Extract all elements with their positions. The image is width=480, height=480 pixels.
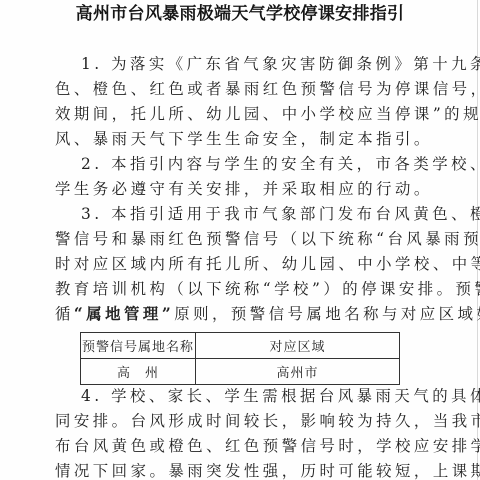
paragraph-line: 2. 本指引内容与学生的安全有关，市各类学校、广大家长、 — [55, 152, 424, 177]
line-prefix: 循 — [55, 305, 74, 323]
table-cell: 高 州 — [81, 359, 196, 385]
paragraph-line: 4. 学校、家长、学生需根据台风暴雨天气的具体情形做出不 — [55, 384, 424, 409]
paragraph-line: 警信号和暴雨红色预警信号（以下统称“台风暴雨预警信号”） — [55, 227, 424, 252]
paragraph-line: 教育培训机构（以下统称“学校”）的停课安排。预警信号发布遵 — [55, 277, 424, 302]
paragraph-line: 布台风黄色或橙色、红色预警信号时，学校应安排学生在安全的 — [55, 434, 424, 459]
paragraph-line: 色、橙色、红色或者暴雨红色预警信号为停课信号，停课信号生 — [55, 77, 424, 102]
paragraph-line: 同安排。台风形成时间较长，影响较为持久，当我市气象部门发 — [55, 409, 424, 434]
line-suffix: 原则，预警信号属地名称与对应区域如下： — [174, 305, 480, 323]
emphasis-principle: “属地管理” — [74, 305, 174, 323]
document-page: 高州市台风暴雨极端天气学校停课安排指引 1. 为落实《广东省气象灾害防御条例》第… — [0, 0, 480, 480]
paragraph-line: 3. 本指引适用于我市气象部门发布台风黄色、橙色、红色预 — [55, 202, 424, 227]
paragraph-1: 1. 为落实《广东省气象灾害防御条例》第十九条：“台风黄 色、橙色、红色或者暴雨… — [55, 52, 424, 152]
warning-region-table: 预警信号属地名称 对应区域 高 州 高州市 — [80, 332, 400, 385]
paragraph-line: 学生务必遵守有关安排，并采取相应的行动。 — [55, 177, 424, 202]
paragraph-line: 效期间，托儿所、幼儿园、中小学校应当停课”的规定，保障台 — [55, 102, 424, 127]
paragraph-2: 2. 本指引内容与学生的安全有关，市各类学校、广大家长、 学生务必遵守有关安排，… — [55, 152, 424, 202]
paragraph-line: 时对应区域内所有托儿所、幼儿园、中小学校、中等职业学校、 — [55, 252, 424, 277]
paragraph-3: 3. 本指引适用于我市气象部门发布台风黄色、橙色、红色预 警信号和暴雨红色预警信… — [55, 202, 424, 327]
paragraph-4: 4. 学校、家长、学生需根据台风暴雨天气的具体情形做出不 同安排。台风形成时间较… — [55, 384, 424, 480]
paragraph-line: 1. 为落实《广东省气象灾害防御条例》第十九条：“台风黄 — [55, 52, 424, 77]
table-row: 高 州 高州市 — [81, 359, 400, 385]
table-header-row: 预警信号属地名称 对应区域 — [81, 333, 400, 359]
paragraph-line: 循“属地管理”原则，预警信号属地名称与对应区域如下： — [55, 302, 424, 327]
table-header-cell: 预警信号属地名称 — [81, 333, 196, 359]
region-table: 预警信号属地名称 对应区域 高 州 高州市 — [80, 332, 400, 385]
paragraph-line: 风、暴雨天气下学生生命安全，制定本指引。 — [55, 127, 424, 152]
table-cell: 高州市 — [196, 359, 400, 385]
document-title: 高州市台风暴雨极端天气学校停课安排指引 — [0, 3, 480, 25]
table-header-cell: 对应区域 — [196, 333, 400, 359]
paragraph-line: 情况下回家。暴雨突发性强，历时可能较短，上课期间市气象部 — [55, 459, 424, 480]
